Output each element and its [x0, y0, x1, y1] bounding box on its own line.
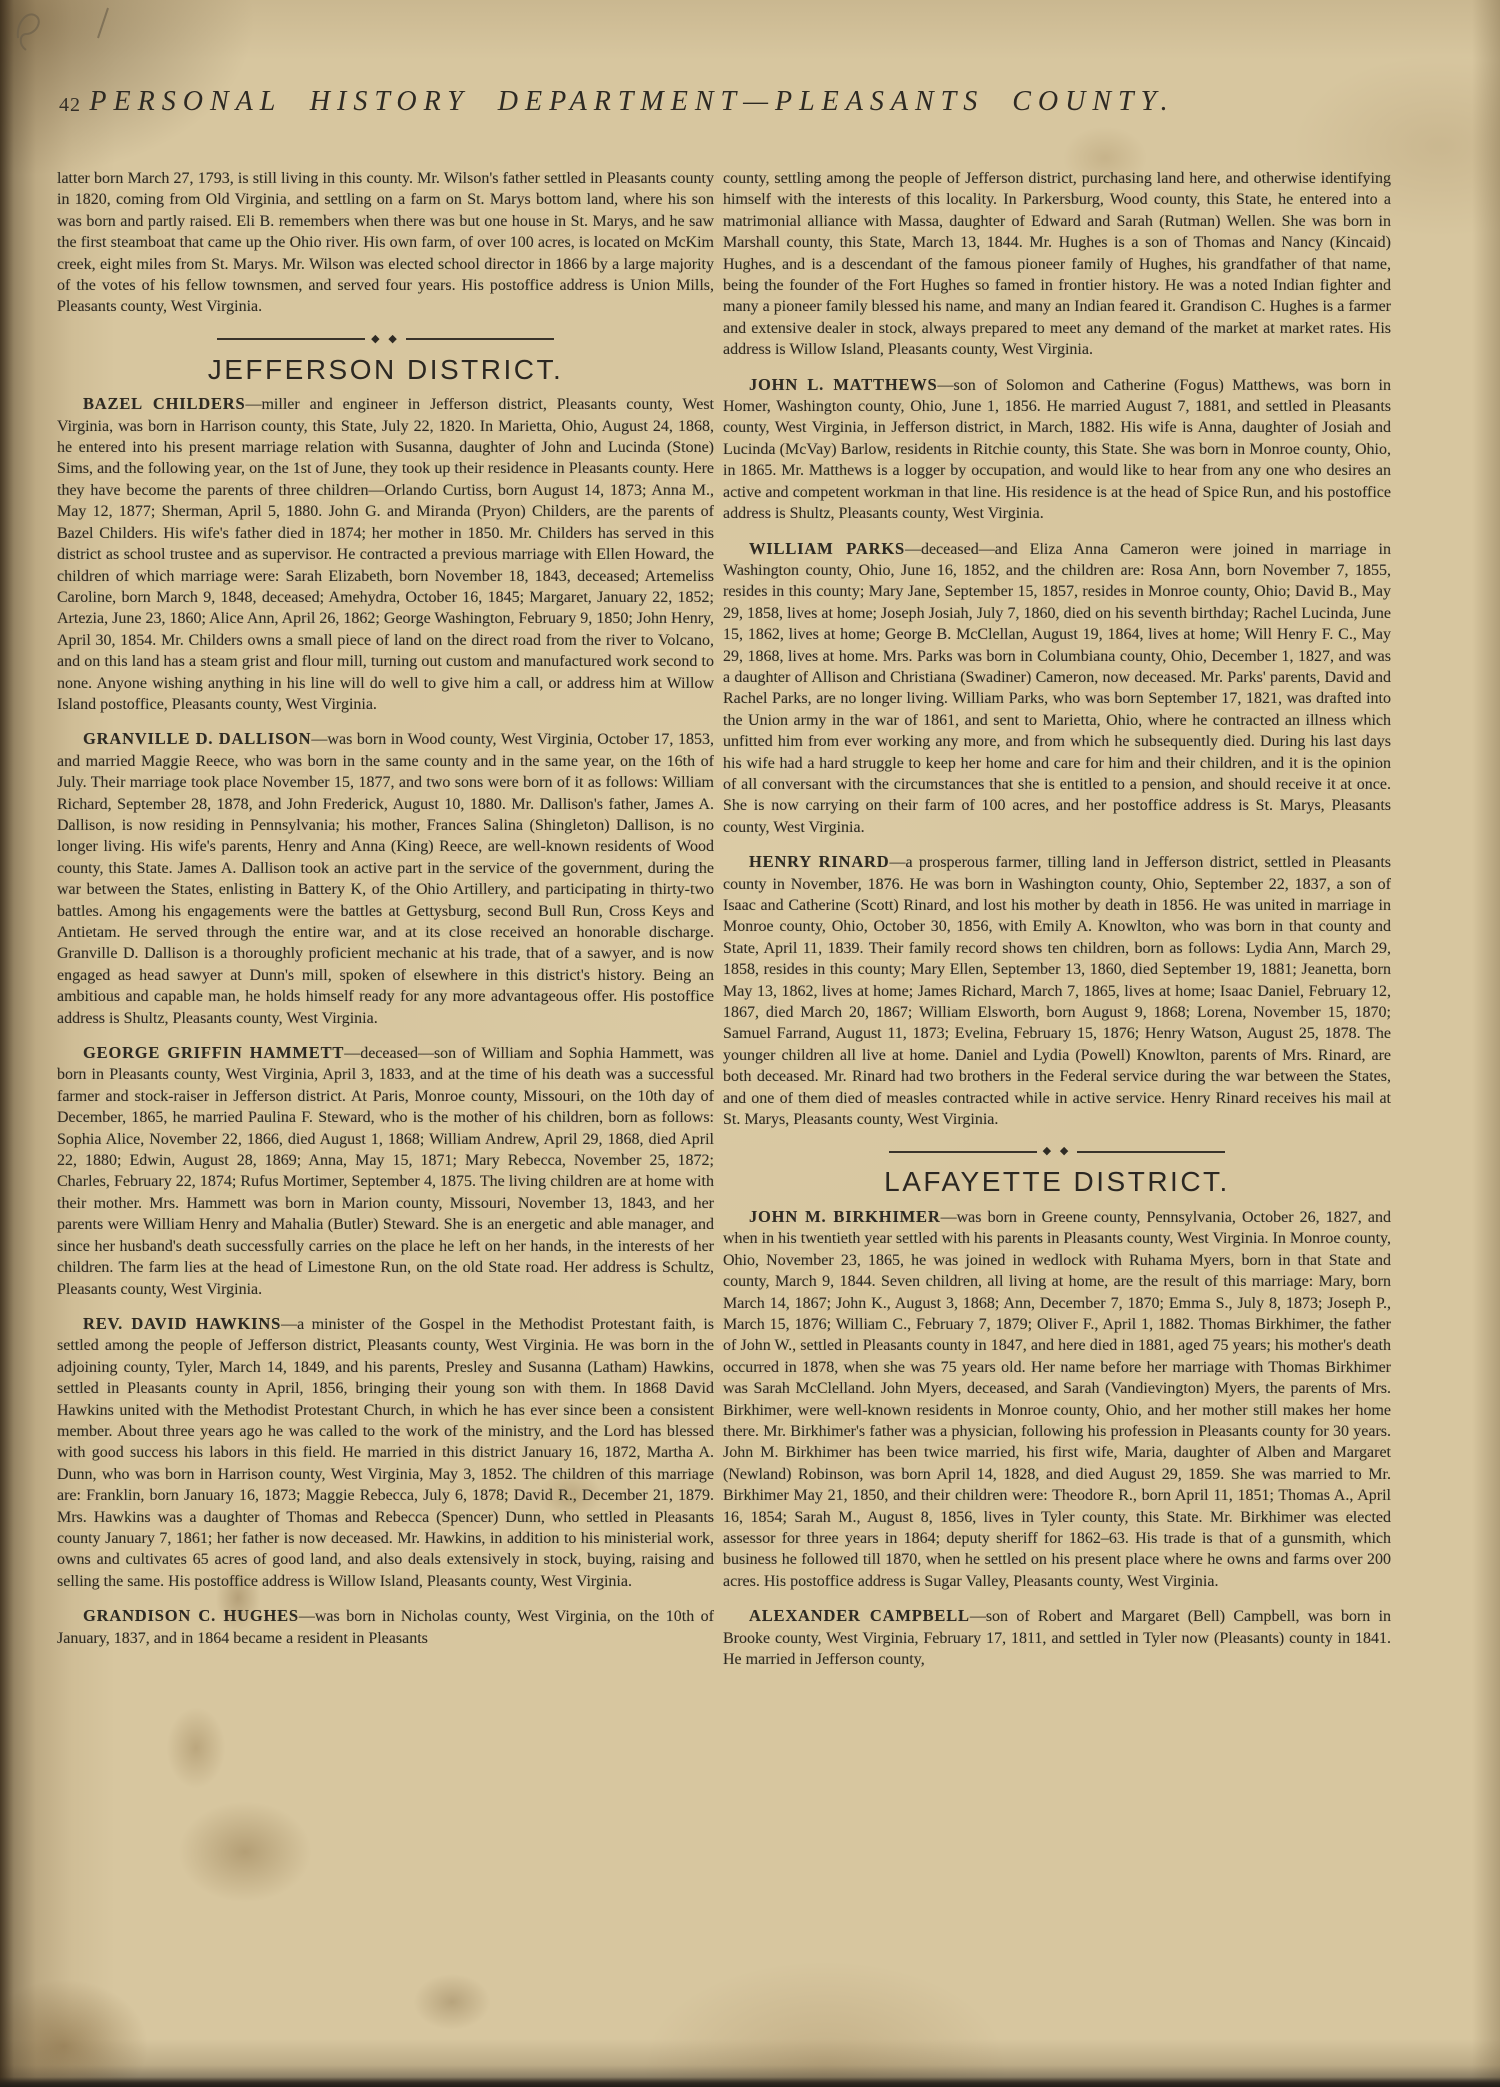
biography-entry-childers: BAZEL CHILDERS—miller and engineer in Je…: [57, 393, 714, 715]
entry-text: —a minister of the Gospel in the Methodi…: [57, 1316, 714, 1590]
biography-entry-hammett: GEORGE GRIFFIN HAMMETT—deceased—son of W…: [57, 1042, 714, 1300]
continuation-paragraph-hughes: county, settling among the people of Jef…: [723, 168, 1391, 361]
entry-name: JOHN M. BIRKHIMER: [749, 1207, 941, 1226]
biography-entry-hughes: GRANDISON C. HUGHES—was born in Nicholas…: [57, 1605, 714, 1649]
section-divider: ◆ ◆: [57, 334, 714, 345]
biography-entry-parks: WILLIAM PARKS—deceased—and Eliza Anna Ca…: [723, 538, 1391, 839]
entry-name: WILLIAM PARKS: [749, 539, 905, 558]
entry-name: GEORGE GRIFFIN HAMMETT: [83, 1043, 344, 1062]
left-column: latter born March 27, 1793, is still liv…: [57, 168, 714, 1649]
entry-name: REV. DAVID HAWKINS: [83, 1314, 281, 1333]
divider-line: [217, 338, 365, 340]
biography-entry-campbell: ALEXANDER CAMPBELL—son of Robert and Mar…: [723, 1605, 1391, 1670]
entry-text: —miller and engineer in Jefferson distri…: [57, 396, 714, 713]
divider-diamond-icon: ◆ ◆: [1043, 1146, 1072, 1157]
entry-text: —deceased—son of William and Sophia Hamm…: [57, 1045, 714, 1297]
divider-line: [1077, 1151, 1225, 1153]
right-column: county, settling among the people of Jef…: [723, 168, 1391, 1670]
running-title: PERSONAL HISTORY DEPARTMENT—PLEASANTS CO…: [57, 86, 1207, 118]
divider-diamond-icon: ◆ ◆: [371, 334, 400, 345]
entry-text: —was born in Greene county, Pennsylvania…: [723, 1209, 1391, 1590]
biography-entry-birkhimer: JOHN M. BIRKHIMER—was born in Greene cou…: [723, 1206, 1391, 1592]
scan-bottom-edge: [0, 2077, 1500, 2087]
book-page-scan: 42 PERSONAL HISTORY DEPARTMENT—PLEASANTS…: [0, 0, 1500, 2087]
biography-entry-rinard: HENRY RINARD—a prosperous farmer, tillin…: [723, 851, 1391, 1130]
biography-entry-matthews: JOHN L. MATTHEWS—son of Solomon and Cath…: [723, 374, 1391, 525]
entry-name: GRANDISON C. HUGHES: [83, 1606, 299, 1625]
biography-entry-dallison: GRANVILLE D. DALLISON—was born in Wood c…: [57, 728, 714, 1029]
entry-name: HENRY RINARD: [749, 852, 889, 871]
page-header: 42 PERSONAL HISTORY DEPARTMENT—PLEASANTS…: [57, 86, 1397, 126]
district-heading-jefferson: JEFFERSON DISTRICT.: [57, 359, 714, 380]
entry-text: —deceased—and Eliza Anna Cameron were jo…: [723, 541, 1391, 836]
district-heading-lafayette: LAFAYETTE DISTRICT.: [723, 1171, 1391, 1192]
continuation-paragraph-wilson: latter born March 27, 1793, is still liv…: [57, 168, 714, 318]
divider-line: [406, 338, 554, 340]
entry-name: BAZEL CHILDERS: [83, 394, 245, 413]
handwritten-mark: [12, 4, 122, 56]
entry-name: ALEXANDER CAMPBELL: [749, 1606, 970, 1625]
entry-name: GRANVILLE D. DALLISON: [83, 729, 311, 748]
biography-entry-hawkins: REV. DAVID HAWKINS—a minister of the Gos…: [57, 1313, 714, 1592]
entry-text: —a prosperous farmer, tilling land in Je…: [723, 854, 1391, 1128]
divider-line: [889, 1151, 1037, 1153]
section-divider: ◆ ◆: [723, 1146, 1391, 1157]
entry-name: JOHN L. MATTHEWS: [749, 375, 938, 394]
entry-text: —was born in Wood county, West Virginia,…: [57, 731, 714, 1026]
entry-text: —son of Solomon and Catherine (Fogus) Ma…: [723, 377, 1391, 522]
